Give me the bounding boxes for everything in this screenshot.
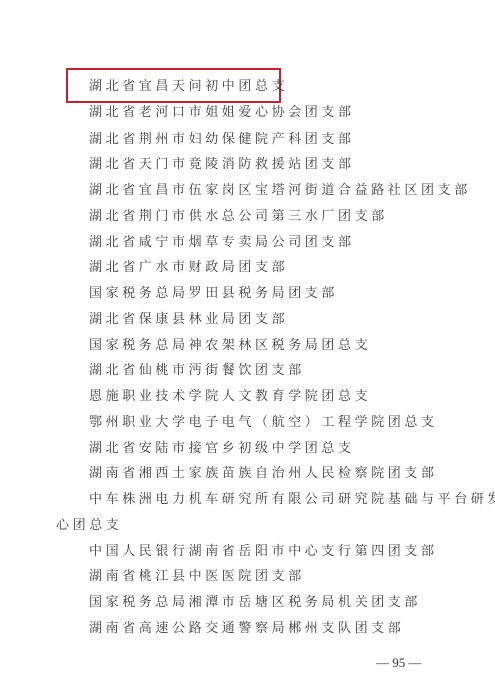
list-item: 鄂州职业大学电子电气（航空）工程学院团总支: [89, 413, 438, 433]
list-item: 湖北省天门市竟陵消防救援站团支部: [89, 155, 355, 175]
list-item: 湖北省宜昌天问初中团总支: [89, 77, 288, 97]
list-item: 湖北省荆门市供水总公司第三水厂团支部: [89, 207, 388, 227]
list-item: 湖北省咸宁市烟草专卖局公司团支部: [89, 233, 355, 253]
list-item: 中车株洲电力机车研究所有限公司研究院基础与平台研发中: [89, 490, 495, 510]
list-item-continuation: 心团总支: [56, 516, 122, 536]
list-item: 湖南省桃江县中医医院团支部: [89, 567, 305, 587]
list-item: 湖北省安陆市接官乡初级中学团总支: [89, 439, 355, 459]
list-item: 中国人民银行湖南省岳阳市中心支行第四团支部: [89, 542, 438, 562]
list-item: 湖北省荆州市妇幼保健院产科团支部: [89, 130, 355, 150]
list-item: 湖北省宜昌市伍家岗区宝塔河街道合益路社区团支部: [89, 181, 471, 201]
list-item: 湖南省湘西土家族苗族自治州人民检察院团支部: [89, 464, 438, 484]
list-item: 国家税务总局湘潭市岳塘区税务局机关团支部: [89, 593, 421, 613]
document-page: 湖北省宜昌天问初中团总支 湖北省老河口市姐姐爱心协会团支部 湖北省荆州市妇幼保健…: [0, 0, 495, 700]
list-item: 湖北省仙桃市沔街餐饮团支部: [89, 361, 305, 381]
list-item: 湖北省广水市财政局团支部: [89, 258, 288, 278]
list-item: 国家税务总局神农架林区税务局团总支: [89, 336, 371, 356]
list-item: 湖北省老河口市姐姐爱心协会团支部: [89, 103, 355, 123]
list-item: 恩施职业技术学院人文教育学院团总支: [89, 387, 371, 407]
list-item: 湖南省高速公路交通警察局郴州支队团支部: [89, 619, 404, 639]
page-number: — 95 —: [376, 655, 422, 671]
list-item: 湖北省保康县林业局团支部: [89, 310, 288, 330]
list-item: 国家税务总局罗田县税务局团支部: [89, 284, 338, 304]
